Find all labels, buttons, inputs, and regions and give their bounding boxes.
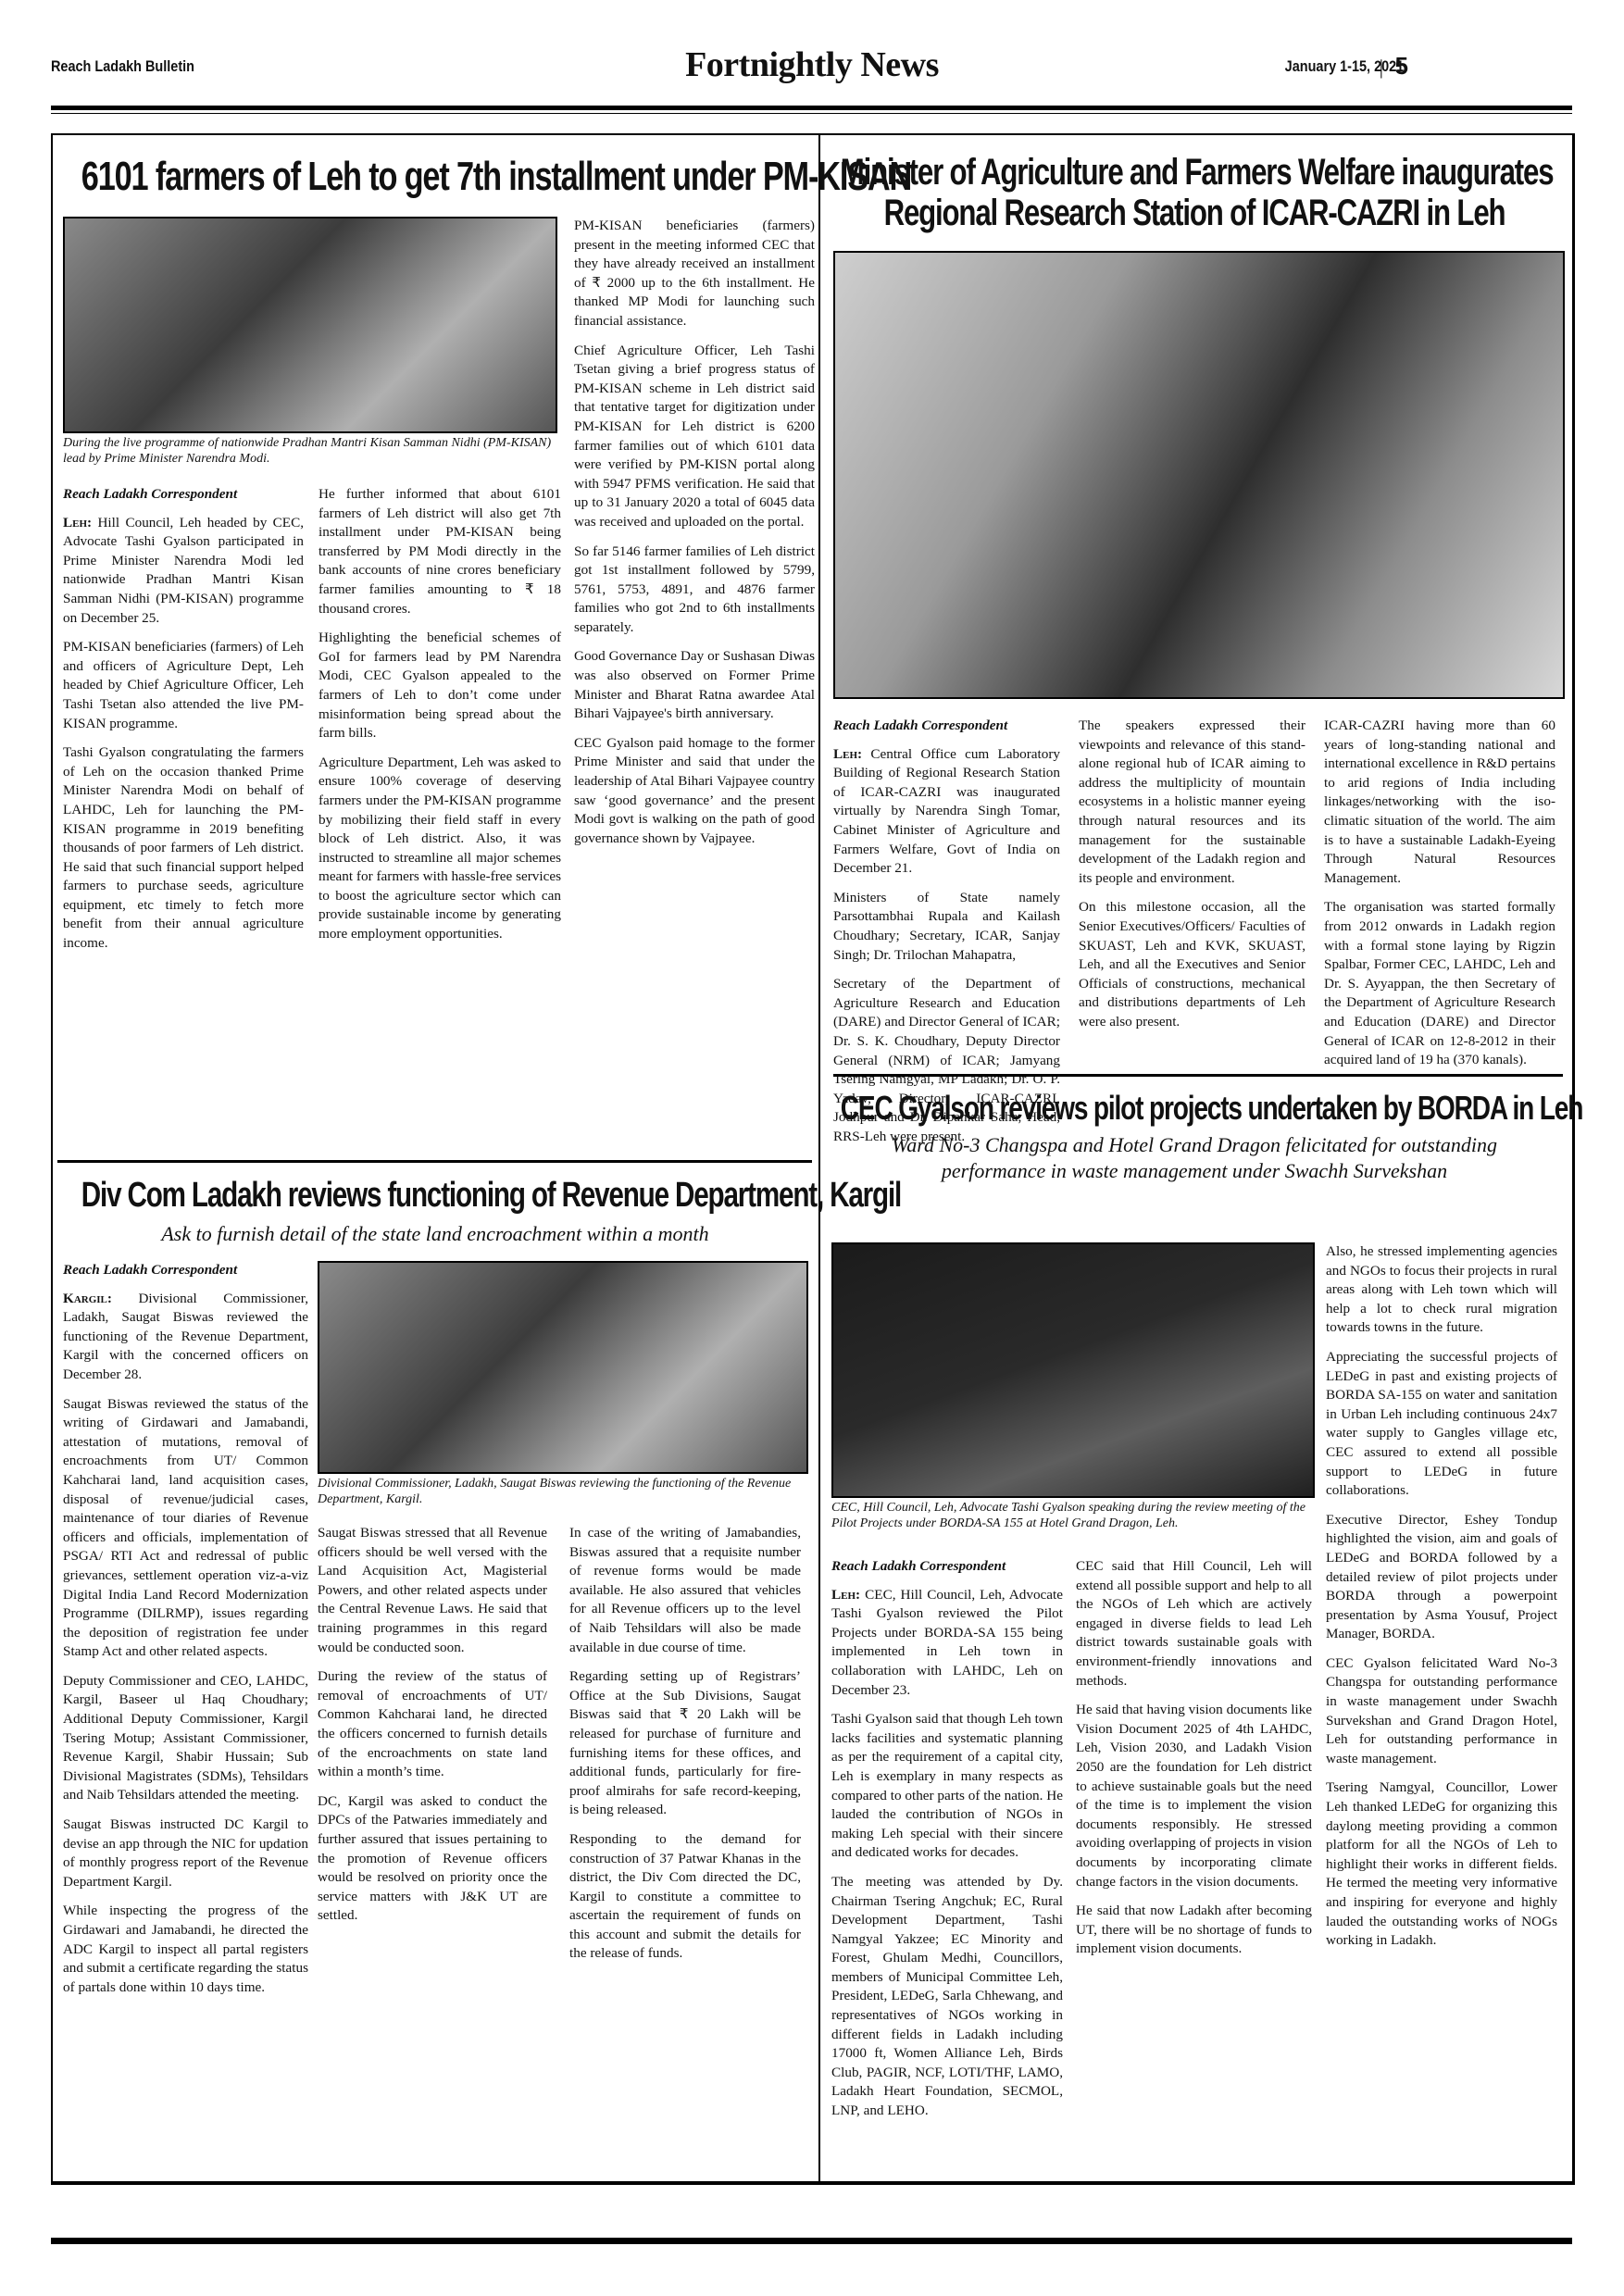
paragraph-text: Hill Council, Leh headed by CEC, Advocat… — [63, 515, 304, 626]
paragraph: Agriculture Department, Leh was asked to… — [319, 754, 561, 944]
dateline: Leh: — [831, 1587, 860, 1603]
byline: Reach Ladakh Correspondent — [63, 1261, 308, 1280]
paragraph: CEC Gyalson paid homage to the former Pr… — [574, 734, 815, 849]
article-column: PM-KISAN beneficiaries (farmers) present… — [574, 217, 815, 1161]
dateline: Leh: — [833, 746, 862, 762]
paragraph: Tashi Gyalson said that though Leh town … — [831, 1710, 1063, 1863]
paragraph: Leh: Central Office cum Laboratory Build… — [833, 745, 1060, 879]
article-photo — [831, 1242, 1315, 1498]
headline: CEC Gyalson reviews pilot projects under… — [841, 1089, 1548, 1128]
paragraph: DC, Kargil was asked to conduct the DPCs… — [318, 1792, 547, 1926]
paragraph: The organisation was started formally fr… — [1324, 898, 1555, 1069]
article-borda: CEC Gyalson reviews pilot projects under… — [824, 1083, 1565, 2176]
paragraph: He said that now Ladakh after becoming U… — [1076, 1902, 1312, 1959]
article-column: Saugat Biswas stressed that all Revenue … — [318, 1524, 547, 1936]
paragraph: Saugat Biswas reviewed the status of the… — [63, 1395, 308, 1662]
paragraph: Executive Director, Eshey Tondup highlig… — [1326, 1511, 1557, 1644]
paragraph: The meeting was attended by Dy. Chairman… — [831, 1873, 1063, 2121]
paragraph: ICAR-CAZRI having more than 60 years of … — [1324, 717, 1555, 888]
article-column: Reach Ladakh Correspondent Kargil: Divis… — [63, 1261, 308, 2007]
paragraph: Tashi Gyalson congratulating the farmers… — [63, 743, 304, 954]
paragraph: Appreciating the successful projects of … — [1326, 1348, 1557, 1501]
paragraph: Regarding setting up of Registrars’ Offi… — [569, 1667, 801, 1820]
paragraph: He further informed that about 6101 farm… — [319, 485, 561, 618]
headline: Div Com Ladakh reviews functioning of Re… — [81, 1176, 789, 1216]
subheadline-line-1: Ward No-3 Changspa and Hotel Grand Drago… — [824, 1133, 1565, 1157]
page-number: 5 — [1395, 52, 1408, 81]
headline-line-2: Regional Research Station of ICAR-CAZRI … — [841, 193, 1548, 234]
paragraph: Saugat Biswas stressed that all Revenue … — [318, 1524, 547, 1657]
paragraph: Deputy Commissioner and CEO, LAHDC, Karg… — [63, 1672, 308, 1805]
byline: Reach Ladakh Correspondent — [63, 485, 304, 505]
paragraph-text: Central Office cum Laboratory Building o… — [833, 746, 1060, 877]
subheadline: Ask to furnish detail of the state land … — [56, 1222, 815, 1246]
article-column: Also, he stressed implementing agencies … — [1326, 1242, 1557, 1961]
paragraph: Leh: Hill Council, Leh headed by CEC, Ad… — [63, 514, 304, 629]
article-column: The speakers expressed their viewpoints … — [1079, 717, 1305, 1042]
headline: 6101 farmers of Leh to get 7th installme… — [81, 154, 789, 200]
article-photo — [63, 217, 557, 433]
paragraph: CEC Gyalson felicitated Ward No-3 Changs… — [1326, 1654, 1557, 1769]
paragraph: He said that having vision documents lik… — [1076, 1701, 1312, 1891]
photo-caption: During the live programme of nationwide … — [63, 435, 563, 467]
dateline: Leh: — [63, 515, 92, 530]
paragraph: On this milestone occasion, all the Seni… — [1079, 898, 1305, 1031]
masthead-rule — [51, 106, 1572, 110]
subheadline-line-2: performance in waste management under Sw… — [824, 1159, 1565, 1183]
article-column: Reach Ladakh Correspondent Leh: Hill Cou… — [63, 485, 304, 964]
paragraph: During the review of the status of remov… — [318, 1667, 547, 1782]
paragraph-text: CEC, Hill Council, Leh, Advocate Tashi G… — [831, 1587, 1063, 1698]
masthead-rule-thin — [51, 113, 1572, 114]
paragraph: The speakers expressed their viewpoints … — [1079, 717, 1305, 888]
article-column: CEC said that Hill Council, Leh will ext… — [1076, 1557, 1312, 1969]
paragraph: Tsering Namgyal, Councillor, Lower Leh t… — [1326, 1778, 1557, 1950]
paragraph: PM-KISAN beneficiaries (farmers) present… — [574, 217, 815, 331]
photo-caption: Divisional Commissioner, Ladakh, Saugat … — [318, 1476, 813, 1507]
footer-rule — [51, 2238, 1572, 2244]
article-divider — [833, 1074, 1563, 1077]
byline: Reach Ladakh Correspondent — [833, 717, 1060, 736]
article-column: He further informed that about 6101 farm… — [319, 485, 561, 955]
paragraph: While inspecting the progress of the Gir… — [63, 1902, 308, 1997]
article-column: In case of the writing of Jamabandies, B… — [569, 1524, 801, 1974]
paragraph: Ministers of State namely Parsottambhai … — [833, 889, 1060, 965]
byline: Reach Ladakh Correspondent — [831, 1557, 1063, 1577]
paragraph: Saugat Biswas instructed DC Kargil to de… — [63, 1816, 308, 1891]
article-icar: Minister of Agriculture and Farmers Welf… — [824, 135, 1565, 1089]
article-kargil: Div Com Ladakh reviews functioning of Re… — [56, 1168, 815, 2177]
column-divider — [818, 135, 820, 2181]
article-column: Reach Ladakh Correspondent Leh: CEC, Hil… — [831, 1557, 1063, 2131]
photo-caption: CEC, Hill Council, Leh, Advocate Tashi G… — [831, 1500, 1322, 1531]
paragraph: CEC said that Hill Council, Leh will ext… — [1076, 1557, 1312, 1691]
article-pmkisan: 6101 farmers of Leh to get 7th installme… — [56, 135, 815, 1181]
paragraph: Good Governance Day or Sushasan Diwas wa… — [574, 647, 815, 723]
paragraph: Leh: CEC, Hill Council, Leh, Advocate Ta… — [831, 1586, 1063, 1701]
paragraph: Responding to the demand for constructio… — [569, 1830, 801, 1964]
page-separator: | — [1380, 56, 1383, 80]
article-photo — [833, 251, 1565, 699]
paragraph: Chief Agriculture Officer, Leh Tashi Tse… — [574, 342, 815, 532]
paragraph: PM-KISAN beneficiaries (farmers) of Leh … — [63, 638, 304, 733]
paragraph: So far 5146 farmer families of Leh distr… — [574, 543, 815, 638]
dateline: Kargil: — [63, 1291, 112, 1306]
headline-line-1: Minister of Agriculture and Farmers Welf… — [841, 152, 1548, 193]
article-divider — [57, 1160, 812, 1163]
paragraph: Highlighting the beneficial schemes of G… — [319, 629, 561, 743]
paragraph: Also, he stressed implementing agencies … — [1326, 1242, 1557, 1338]
article-column: ICAR-CAZRI having more than 60 years of … — [1324, 717, 1555, 1080]
issue-date: January 1-15, 2021 — [1284, 57, 1404, 76]
paragraph: In case of the writing of Jamabandies, B… — [569, 1524, 801, 1657]
paragraph: Kargil: Divisional Commissioner, Ladakh,… — [63, 1290, 308, 1385]
article-photo — [318, 1261, 808, 1474]
